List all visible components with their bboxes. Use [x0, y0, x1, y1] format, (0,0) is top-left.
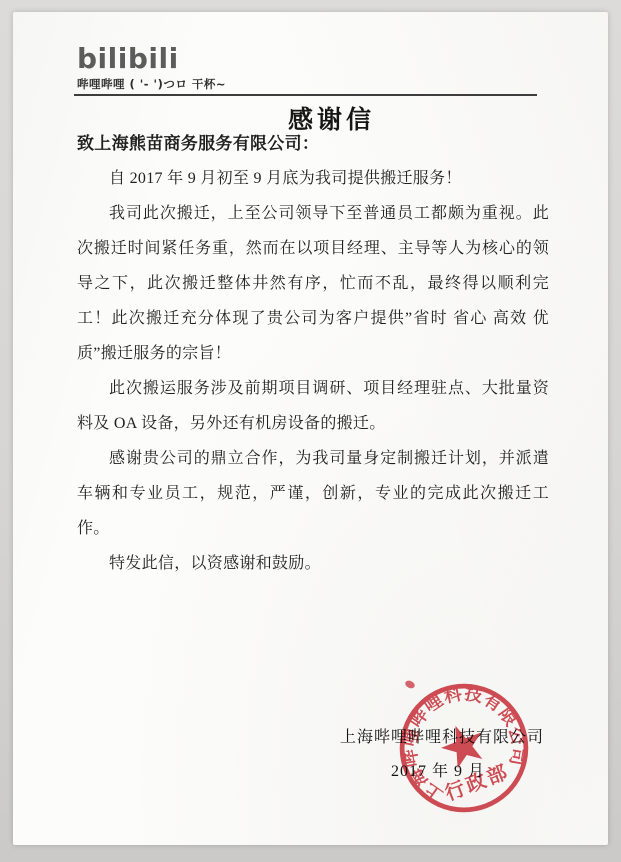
- body-paragraph: 我司此次搬迁，上至公司领导下至普通员工都颇为重视。此次搬迁时间紧任务重，然而在以…: [77, 196, 549, 371]
- bilibili-wordmark: bilibili: [77, 45, 226, 73]
- salutation: 致上海熊苗商务服务有限公司：: [77, 126, 549, 161]
- body-paragraph: 自 2017 年 9 月初至 9 月底为我司提供搬迁服务！: [77, 161, 549, 196]
- letter-body: 致上海熊苗商务服务有限公司： 自 2017 年 9 月初至 9 月底为我司提供搬…: [77, 126, 549, 581]
- body-paragraph: 感谢贵公司的鼎立合作，为我司量身定制搬迁计划，并派遣车辆和专业员工，规范，严谨，…: [77, 441, 549, 546]
- scanned-letter-page: bilibili 哔哩哔哩 ( '- ')つロ 干杯~ 感谢信 致上海熊苗商务服…: [13, 12, 608, 845]
- company-stamp: 上海哔哩哔哩科技有限公司 行政部: [396, 680, 532, 816]
- star-icon: [436, 718, 490, 771]
- bilibili-logo: bilibili 哔哩哔哩 ( '- ')つロ 干杯~: [77, 45, 226, 92]
- logo-tagline: 哔哩哔哩 ( '- ')つロ 干杯~: [77, 76, 226, 92]
- stamp-seal-icon: 上海哔哩哔哩科技有限公司 行政部: [376, 660, 552, 836]
- header-divider: [74, 94, 537, 96]
- body-paragraph: 此次搬运服务涉及前期项目调研、项目经理驻点、大批量资料及 OA 设备，另外还有机…: [77, 371, 549, 441]
- body-paragraph: 特发此信，以资感谢和鼓励。: [77, 546, 549, 581]
